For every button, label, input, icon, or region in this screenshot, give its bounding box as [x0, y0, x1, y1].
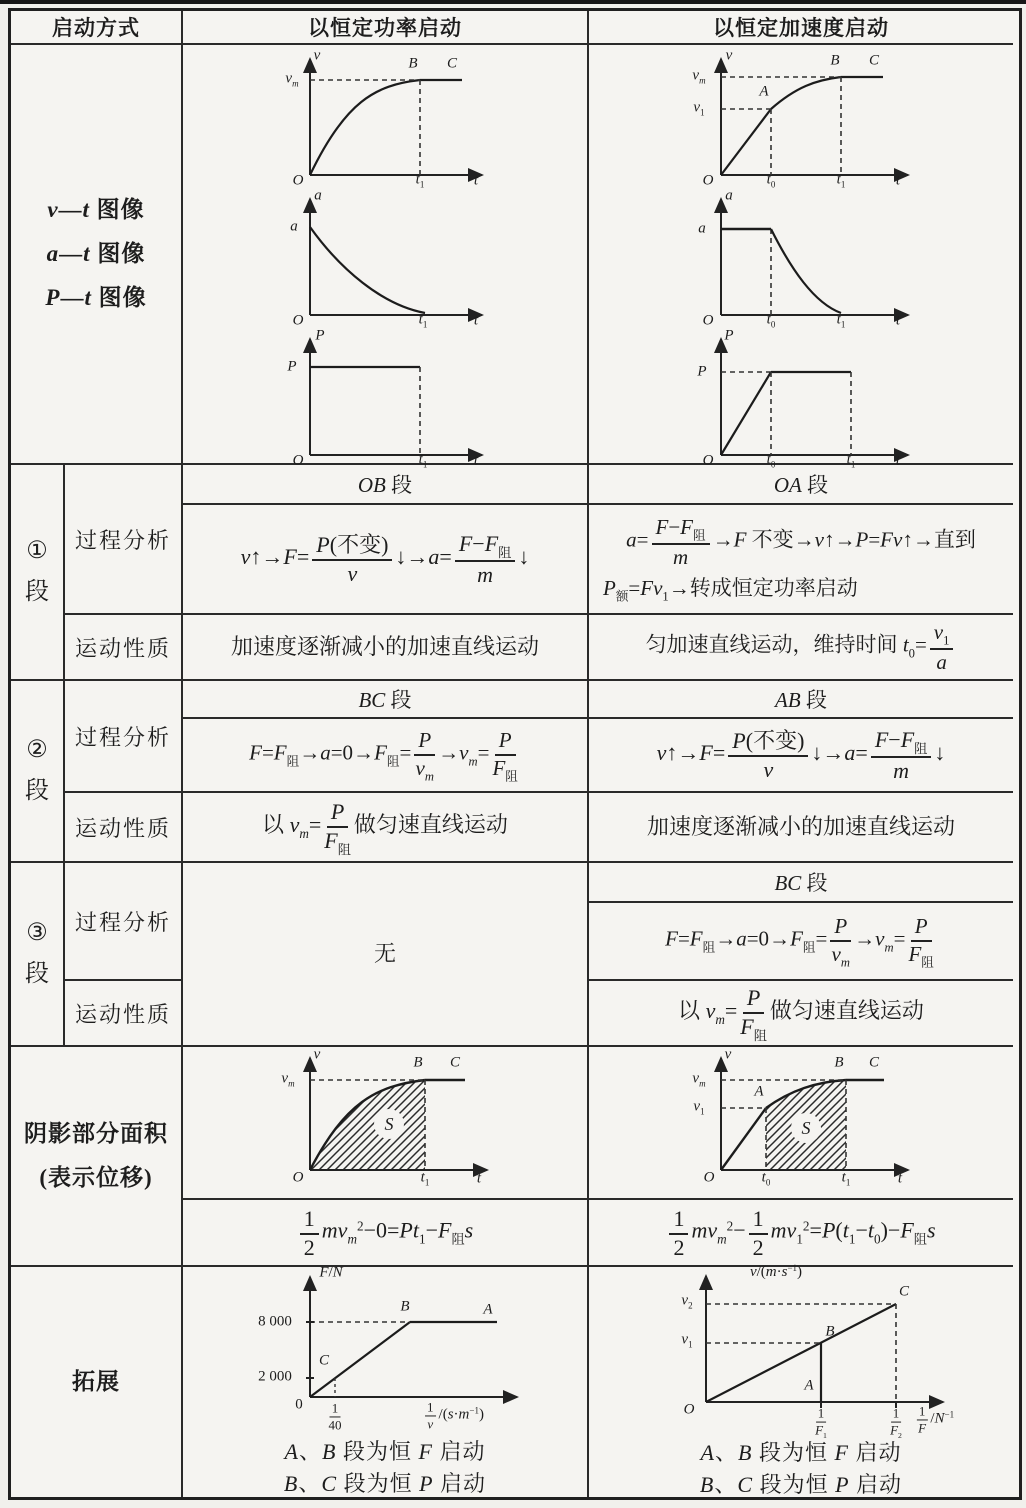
point-a-label: A: [754, 1084, 763, 1099]
extension-accel-cell: v/(m·s−1) v2 v1 C B A O 1F1 1F2 1F/N−1 A…: [589, 1267, 1013, 1497]
segment3-number: ③: [26, 913, 48, 954]
point-c-label: C: [869, 1055, 879, 1070]
process-analysis-text: 过程分析: [75, 524, 171, 555]
at-graph-accel-svg: [676, 187, 926, 323]
segment3-right-motion-cell: 以 vm=PF阻做匀速直线运动: [589, 981, 1013, 1047]
tick-1-f1-label: 1F1: [812, 1406, 830, 1439]
point-b-label: B: [400, 1300, 409, 1315]
shaded-area-label-cell: 阴影部分面积 (表示位移): [11, 1047, 183, 1267]
bc-segment-text: BC 段: [774, 867, 827, 897]
extension-graph-power: F/N 8 000 2 000 0 140 A B C 1v/(s·m−1): [235, 1265, 535, 1435]
axis-label: a: [725, 189, 733, 204]
axis-label: v: [725, 1047, 732, 1062]
t0-label: t0: [762, 1170, 771, 1187]
vt-graph-accel: v vm v1 A B C O t0 t1 t: [676, 47, 926, 183]
axis-label: P: [724, 329, 733, 344]
pt-graph-label: P—t 图像: [45, 276, 146, 320]
segment1-left-header: OB 段: [183, 465, 589, 505]
origin-label: O: [704, 1170, 715, 1185]
v1-label: v1: [681, 1333, 692, 1350]
segment2-right-motion: 加速度逐渐减小的加速直线运动: [641, 813, 961, 841]
point-c-label: C: [447, 57, 457, 72]
shaded-vt-graph-accel: v vm v1 A B C S O t0 t1 t: [676, 1048, 926, 1198]
p-value-label: P: [287, 360, 296, 375]
point-a-label: A: [804, 1379, 813, 1394]
point-c-label: C: [899, 1285, 909, 1300]
segment3-right-formula-cell: F=F阻→a=0→F阻=Pvm→vm=PF阻: [589, 903, 1013, 981]
segment3-left-none-cell: 无: [183, 863, 589, 1047]
header-constant-accel-label: 以恒定加速度启动: [713, 12, 889, 42]
segment1-right-motion: 匀加速直线运动，维持时间 t0=v1a: [640, 620, 963, 674]
axis-label: a: [314, 189, 322, 204]
header-start-method: 启动方式: [11, 11, 183, 45]
process-analysis-text: 过程分析: [75, 906, 171, 937]
axis-label: 1F/N−1: [914, 1404, 954, 1435]
a-value-label: a: [290, 220, 298, 235]
axis-label: t: [477, 1171, 481, 1186]
t1-label: t1: [421, 1170, 430, 1187]
header-constant-power-label: 以恒定功率启动: [308, 12, 462, 42]
v1-label: v1: [693, 100, 704, 117]
shaded-area-label-line2: (表示位移): [39, 1156, 152, 1200]
segment1-left-formula: v↑→F=P(不变)v↓→a=F−F阻m↓: [235, 531, 536, 587]
area-s-label: S: [802, 1119, 811, 1137]
shaded-vt-graph-power: v vm B C S O t1 t: [265, 1048, 505, 1198]
segment1-right-formula-cell: a=F−F阻m→F 不变→v↑→P=Fv↑→直到 P额=Fv1→转成恒定功率启动: [589, 505, 1013, 615]
segment3-number-cell: ③ 段: [11, 863, 65, 1047]
shaded-formula-accel-cell: 12mvm2−12mv12=P(t1−t0)−F阻s: [589, 1200, 1013, 1267]
tick-zero-label: 0: [295, 1398, 303, 1413]
vm-label: vm: [281, 1071, 294, 1088]
motion-nature-text: 运动性质: [75, 812, 171, 843]
vt-graph-accel-svg: [676, 47, 926, 183]
segment2-left-formula: F=F阻→a=0→F阻=Pvm→vm=PF阻: [243, 728, 527, 782]
segment3-left-none: 无: [368, 940, 402, 968]
segment2-left-motion-cell: 以 vm=PF阻做匀速直线运动: [183, 793, 589, 863]
point-c-label: C: [450, 1055, 460, 1070]
tick-8000-label: 8 000: [258, 1315, 292, 1330]
axis-label: v/(m·s−1): [750, 1264, 802, 1280]
vm-label: vm: [692, 68, 705, 85]
physics-start-methods-table: 启动方式 以恒定功率启动 以恒定加速度启动 v—t 图像 a—t 图像 P—t …: [8, 8, 1022, 1500]
bc-segment-text: BC 段: [358, 684, 411, 714]
segment1-duan: 段: [25, 572, 49, 613]
tick-1-40-label: 140: [326, 1401, 345, 1432]
p-value-label: P: [697, 365, 706, 380]
pt-graph-accel: P P O t0 t1 t: [676, 327, 926, 463]
at-graph-power: a a O t1 t: [270, 187, 500, 323]
origin-label: O: [684, 1403, 695, 1418]
pt-graph-power: P P O t1 t: [270, 327, 500, 463]
segment1-right-formula-line1: a=F−F阻m→F 不变→v↑→P=Fv↑→直到: [620, 515, 982, 569]
segment2-left-formula-cell: F=F阻→a=0→F阻=Pvm→vm=PF阻: [183, 719, 589, 793]
origin-label: O: [293, 1170, 304, 1185]
vt-graph-label: v—t 图像: [47, 188, 144, 232]
extension-power-line1: A、B 段为恒 F 启动: [285, 1437, 486, 1467]
t1-label: t1: [842, 1170, 851, 1187]
axis-label: v: [314, 1047, 321, 1062]
shaded-formula-power-cell: 12mvm2−0=Pt1−F阻s: [183, 1200, 589, 1267]
point-a-label: A: [759, 85, 768, 100]
extension-power-line2: B、C 段为恒 P 启动: [284, 1469, 486, 1499]
point-a-label: A: [483, 1303, 492, 1318]
point-b-label: B: [830, 54, 839, 69]
motion-nature-text: 运动性质: [75, 632, 171, 663]
segment1-right-header: OA 段: [589, 465, 1013, 505]
at-graph-accel: a a O t0 t1 t: [676, 187, 926, 323]
segment2-right-formula-cell: v↑→F=P(不变)v↓→a=F−F阻m↓: [589, 719, 1013, 793]
vt-graph-power: v vm B C O t1 t: [270, 47, 500, 183]
v1-label: v1: [693, 1099, 704, 1116]
segment3-right-formula: F=F阻→a=0→F阻=Pvm→vm=PF阻: [659, 914, 943, 968]
segment3-process-label: 过程分析: [65, 863, 183, 981]
axis-label: 1v/(s·m−1): [422, 1400, 484, 1431]
header-constant-power: 以恒定功率启动: [183, 11, 589, 45]
segment1-motion-label: 运动性质: [65, 615, 183, 681]
graphs-row-label: v—t 图像 a—t 图像 P—t 图像: [11, 45, 183, 465]
segment1-right-motion-cell: 匀加速直线运动，维持时间 t0=v1a: [589, 615, 1013, 681]
point-b-label: B: [413, 1055, 422, 1070]
shaded-area-label-line1: 阴影部分面积: [24, 1112, 168, 1156]
motion-nature-text: 运动性质: [75, 998, 171, 1029]
v2-label: v2: [681, 1294, 692, 1311]
vt-graph-power-svg: [270, 47, 500, 183]
segment3-right-motion: 以 vm=PF阻做匀速直线运动: [672, 985, 930, 1041]
tick-1-f2-label: 1F2: [887, 1406, 905, 1439]
scan-artifact-line: [0, 0, 1026, 4]
at-graph-power-svg: [270, 187, 500, 323]
vm-label: vm: [285, 71, 298, 88]
a-value-label: a: [698, 222, 706, 237]
ab-segment-text: AB 段: [775, 684, 827, 714]
axis-label: t: [898, 1171, 902, 1186]
segment1-number: ①: [26, 531, 48, 572]
segment2-number: ②: [26, 730, 48, 771]
axis-label: F/N: [319, 1266, 342, 1281]
point-b-label: B: [825, 1325, 834, 1340]
segment2-right-header: AB 段: [589, 681, 1013, 719]
segment1-left-motion-cell: 加速度逐渐减小的加速直线运动: [183, 615, 589, 681]
segment2-left-motion: 以 vm=PF阻做匀速直线运动: [256, 799, 514, 855]
segment1-right-formula-line2: P额=Fv1→转成恒定功率启动: [589, 575, 864, 603]
shaded-formula-accel: 12mvm2−12mv12=P(t1−t0)−F阻s: [660, 1206, 941, 1259]
extension-accel-line1: A、B 段为恒 F 启动: [701, 1438, 902, 1468]
segment2-left-header: BC 段: [183, 681, 589, 719]
segment1-process-label: 过程分析: [65, 465, 183, 615]
tick-2000-label: 2 000: [258, 1370, 292, 1385]
point-c-label: C: [319, 1354, 329, 1369]
pt-graph-accel-svg: [676, 327, 926, 463]
graphs-constant-accel-cell: v vm v1 A B C O t0 t1 t a a O t0 t1 t: [589, 45, 1013, 465]
point-b-label: B: [408, 57, 417, 72]
extension-graph-power-svg: [235, 1265, 535, 1435]
segment2-right-motion-cell: 加速度逐渐减小的加速直线运动: [589, 793, 1013, 863]
ob-segment-text: OB 段: [358, 469, 412, 499]
header-start-method-label: 启动方式: [52, 12, 140, 42]
segment2-duan: 段: [25, 771, 49, 812]
point-c-label: C: [869, 54, 879, 69]
vm-label: vm: [692, 1071, 705, 1088]
segment2-motion-label: 运动性质: [65, 793, 183, 863]
shaded-graph-accel-cell: v vm v1 A B C S O t0 t1 t: [589, 1047, 1013, 1200]
extension-label: 拓展: [72, 1360, 120, 1404]
segment1-left-motion: 加速度逐渐减小的加速直线运动: [225, 633, 545, 661]
process-analysis-text: 过程分析: [75, 721, 171, 752]
extension-power-cell: F/N 8 000 2 000 0 140 A B C 1v/(s·m−1) A…: [183, 1267, 589, 1497]
segment3-right-header: BC 段: [589, 863, 1013, 903]
segment2-number-cell: ② 段: [11, 681, 65, 863]
point-b-label: B: [834, 1055, 843, 1070]
segment2-right-formula: v↑→F=P(不变)v↓→a=F−F阻m↓: [651, 727, 952, 783]
segment2-process-label: 过程分析: [65, 681, 183, 793]
segment1-number-cell: ① 段: [11, 465, 65, 681]
shaded-formula-power: 12mvm2−0=Pt1−F阻s: [291, 1206, 479, 1259]
graphs-constant-power-cell: v vm B C O t1 t a a O t1 t: [183, 45, 589, 465]
area-s-label: S: [385, 1115, 394, 1133]
at-graph-label: a—t 图像: [47, 232, 146, 276]
segment3-duan: 段: [25, 954, 49, 995]
shaded-graph-power-cell: v vm B C S O t1 t: [183, 1047, 589, 1200]
pt-graph-power-svg: [270, 327, 500, 463]
header-constant-accel: 以恒定加速度启动: [589, 11, 1013, 45]
axis-label: v: [314, 49, 321, 64]
segment3-motion-label: 运动性质: [65, 981, 183, 1047]
extension-label-cell: 拓展: [11, 1267, 183, 1497]
axis-label: P: [315, 329, 324, 344]
oa-segment-text: OA 段: [774, 469, 828, 499]
axis-label: v: [726, 49, 733, 64]
segment1-left-formula-cell: v↑→F=P(不变)v↓→a=F−F阻m↓: [183, 505, 589, 615]
extension-graph-accel: v/(m·s−1) v2 v1 C B A O 1F1 1F2 1F/N−1: [641, 1264, 961, 1436]
extension-accel-line2: B、C 段为恒 P 启动: [700, 1470, 902, 1500]
